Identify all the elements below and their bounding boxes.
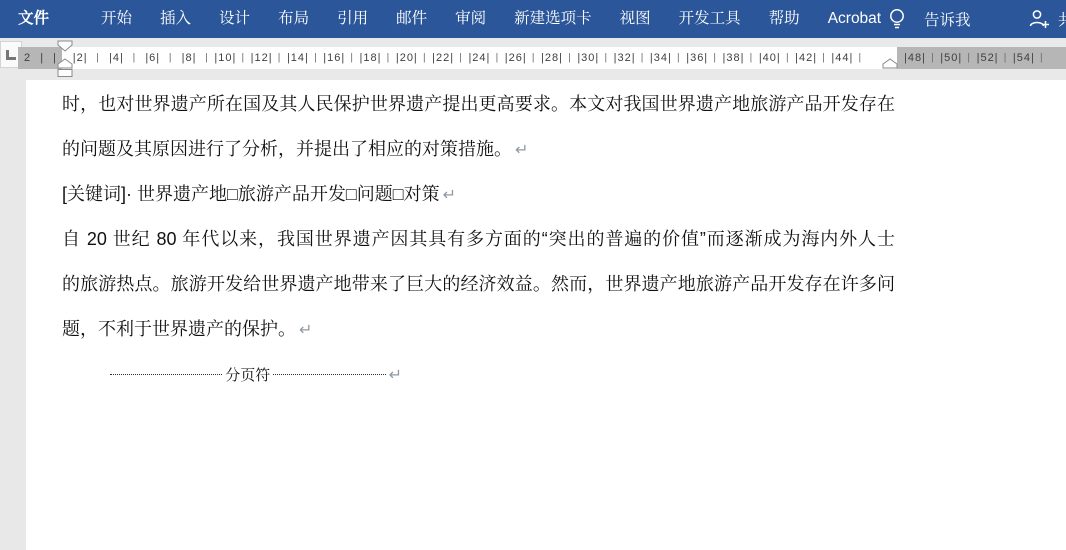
horizontal-ruler: 2 | | |2||4||6||8||10||12||14||16||18||2… [0,38,1066,80]
share-person-icon [1028,8,1050,30]
ribbon-tab-新建选项卡[interactable]: 新建选项卡 [500,0,606,38]
ruler-number: |48| [897,47,933,69]
ruler-number: |20| [389,47,425,69]
ruler-number: |6| [135,47,171,69]
page-break-dots [110,374,222,375]
ruler-number: |40| [752,47,788,69]
ruler-right-margin: |48||50||52||54| [897,47,1066,69]
text-line[interactable]: 时，也对世界遗产所在国及其人民保护世界遗产提出更高要求。本文对我国世界遗产地旅游… [62,82,895,127]
ruler-number: |26| [498,47,534,69]
lightbulb-icon [886,7,908,31]
ribbon-tab-bar: 文件开始插入设计布局引用邮件审阅新建选项卡视图开发工具帮助Acrobat 告诉我… [0,0,1066,38]
ruler-number: |42| [788,47,824,69]
ruler-number: |44| [824,47,860,69]
hanging-indent-marker[interactable] [57,58,73,69]
ribbon-tab-视图[interactable]: 视图 [606,0,665,38]
text-line[interactable]: [关键词]· 世界遗产地□旅游产品开发□问题□对策↵ [62,172,895,217]
ribbon-tab-审阅[interactable]: 审阅 [441,0,500,38]
text-line[interactable]: 的问题及其原因进行了分析，并提出了相应的对策措施。↵ [62,127,895,172]
page-break-dots [273,374,385,375]
paragraph-mark: ↵ [443,185,456,204]
ruler-number: |52| [969,47,1005,69]
ruler-left-margin: 2 | | [18,47,62,69]
ruler-number: |24| [461,47,497,69]
left-indent-marker[interactable] [57,69,73,78]
ruler-number: |16| [316,47,352,69]
ruler-number: |36| [679,47,715,69]
ruler-number: |22| [425,47,461,69]
text-line[interactable]: 题，不利于世界遗产的保护。↵ [62,307,895,352]
ruler-number: |8| [171,47,207,69]
ruler-number [1042,47,1066,69]
ruler-number: |32| [606,47,642,69]
ribbon-tab-文件[interactable]: 文件 [4,0,63,38]
document-body: 时，也对世界遗产所在国及其人民保护世界遗产提出更高要求。本文对我国世界遗产地旅游… [62,80,895,397]
ribbon-tab-邮件[interactable]: 邮件 [382,0,441,38]
page-break-label: 分页符 [222,364,273,385]
share-button[interactable]: 共享 [1028,0,1066,38]
left-tab-stop-icon [6,50,16,60]
right-indent-marker[interactable] [882,58,898,69]
ruler-number: |34| [643,47,679,69]
ribbon-tab-设计[interactable]: 设计 [205,0,264,38]
ruler-track[interactable]: 2 | | |2||4||6||8||10||12||14||16||18||2… [18,47,1066,69]
word-window: 文件开始插入设计布局引用邮件审阅新建选项卡视图开发工具帮助Acrobat 告诉我… [0,0,1066,550]
ruler-number: |18| [352,47,388,69]
ruler-number: |54| [1006,47,1042,69]
page-break-marker[interactable]: 分页符↵ [110,352,402,397]
paragraph-mark: ↵ [299,320,312,339]
ribbon-tab-插入[interactable]: 插入 [146,0,205,38]
ribbon-tab-开发工具[interactable]: 开发工具 [665,0,755,38]
ruler-left-margin-number: 2 | | [18,47,62,69]
ribbon-tab-开始[interactable]: 开始 [87,0,146,38]
ribbon-tab-布局[interactable]: 布局 [264,0,323,38]
ruler-text-area: |2||4||6||8||10||12||14||16||18||20||22|… [62,47,897,69]
ruler-number: |10| [207,47,243,69]
ribbon-tabs: 文件开始插入设计布局引用邮件审阅新建选项卡视图开发工具帮助Acrobat [0,0,895,38]
ruler-number: |30| [570,47,606,69]
ribbon-tab-Acrobat[interactable]: Acrobat [814,0,895,38]
document-page[interactable]: 时，也对世界遗产所在国及其人民保护世界遗产提出更高要求。本文对我国世界遗产地旅游… [26,80,1066,550]
ruler-number: |14| [280,47,316,69]
text-line[interactable]: 的旅游热点。旅游开发给世界遗产地带来了巨大的经济效益。然而，世界遗产地旅游产品开… [62,262,895,307]
ruler-number: |28| [534,47,570,69]
first-line-indent-marker[interactable] [57,40,73,52]
ribbon-tab-帮助[interactable]: 帮助 [755,0,814,38]
ruler-number: |12| [243,47,279,69]
text-line[interactable]: 自 20 世纪 80 年代以来，我国世界遗产因其具有多方面的“突出的普遍的价值”… [62,217,895,262]
ribbon-tab-引用[interactable]: 引用 [323,0,382,38]
ruler-number: |38| [715,47,751,69]
ruler-number: |4| [98,47,134,69]
left-gutter [0,80,26,550]
share-label: 共享 [1058,8,1066,30]
paragraph-mark: ↵ [515,140,528,159]
paragraph-mark: ↵ [389,365,402,384]
ruler-number: |50| [933,47,969,69]
tell-me-label: 告诉我 [924,8,971,30]
tell-me-button[interactable]: 告诉我 [886,0,971,38]
document-area: 时，也对世界遗产所在国及其人民保护世界遗产提出更高要求。本文对我国世界遗产地旅游… [0,80,1066,550]
